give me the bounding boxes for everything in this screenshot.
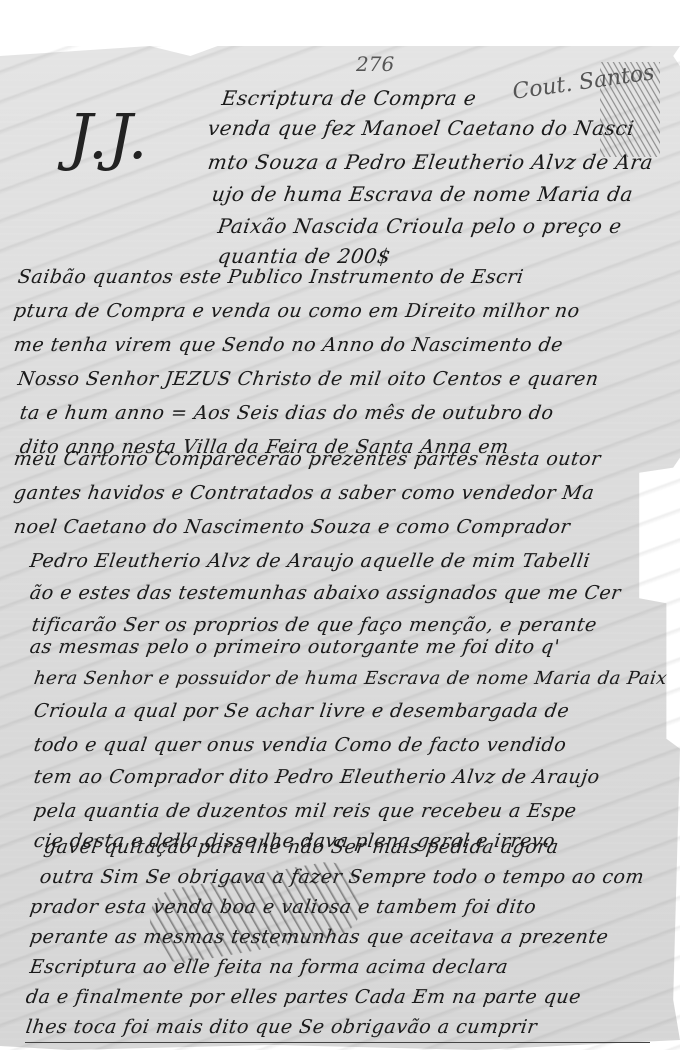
body-line: as mesmas pelo o primeiro outorgante me … (28, 636, 561, 658)
heading-line: mto Souza a Pedro Eleutherio Alvz de Ara (206, 150, 654, 174)
body-line: meu Cartorio Comparecerão prezentes part… (12, 448, 602, 470)
body-line: Crioula a qual por Se achar livre e dese… (32, 700, 570, 722)
body-line: ptura de Compra e venda ou como em Direi… (12, 300, 581, 322)
heading-line: Escriptura de Compra e (220, 86, 478, 110)
body-line: todo e qual quer onus vendia Como de fac… (32, 734, 567, 756)
body-line: lhes toca foi mais dito que Se obrigavão… (24, 1016, 538, 1038)
body-line: Pedro Eleutherio Alvz de Araujo aquelle … (28, 550, 591, 572)
bottom-rule-divider (25, 1042, 650, 1043)
body-line: hera Senhor e possuidor de huma Escrava … (33, 668, 669, 689)
heading-line: venda que fez Manoel Caetano do Nasci (206, 116, 636, 140)
body-line: gantes havidos e Contratados a saber com… (12, 482, 595, 504)
heading-line: Paixão Nascida Crioula pelo o preço e (216, 214, 623, 238)
body-line: ta e hum anno = Aos Seis dias do mês de … (18, 402, 555, 424)
body-line: me tenha virem que Sendo no Anno do Nasc… (12, 334, 564, 356)
body-line: Nosso Senhor JEZUS Christo de mil oito C… (16, 368, 600, 390)
signature-flourish-icon (600, 62, 660, 157)
body-line: gavel quitação para lhe não Ser mais ped… (42, 836, 560, 858)
body-line: Escriptura ao elle feita na forma acima … (28, 956, 509, 978)
body-line: ão e estes das testemunhas abaixo assign… (28, 582, 622, 604)
body-line: noel Caetano do Nascimento Souza e como … (12, 516, 571, 538)
body-line: da e finalmente por elles partes Cada Em… (24, 986, 582, 1008)
body-line: pela quantia de duzentos mil reis que re… (32, 800, 578, 822)
body-line: tificarão Ser os proprios de que faço me… (30, 614, 598, 636)
monogram: J.J. (68, 100, 148, 173)
body-line: tem ao Comprador dito Pedro Eleutherio A… (32, 766, 601, 788)
heading-line: quantia de 200$ (216, 244, 392, 268)
folio-number: 276 (356, 52, 394, 76)
body-line: Saibão quantos este Publico Instrumento … (16, 266, 525, 288)
heading-line: ujo de huma Escrava de nome Maria da (210, 182, 634, 206)
